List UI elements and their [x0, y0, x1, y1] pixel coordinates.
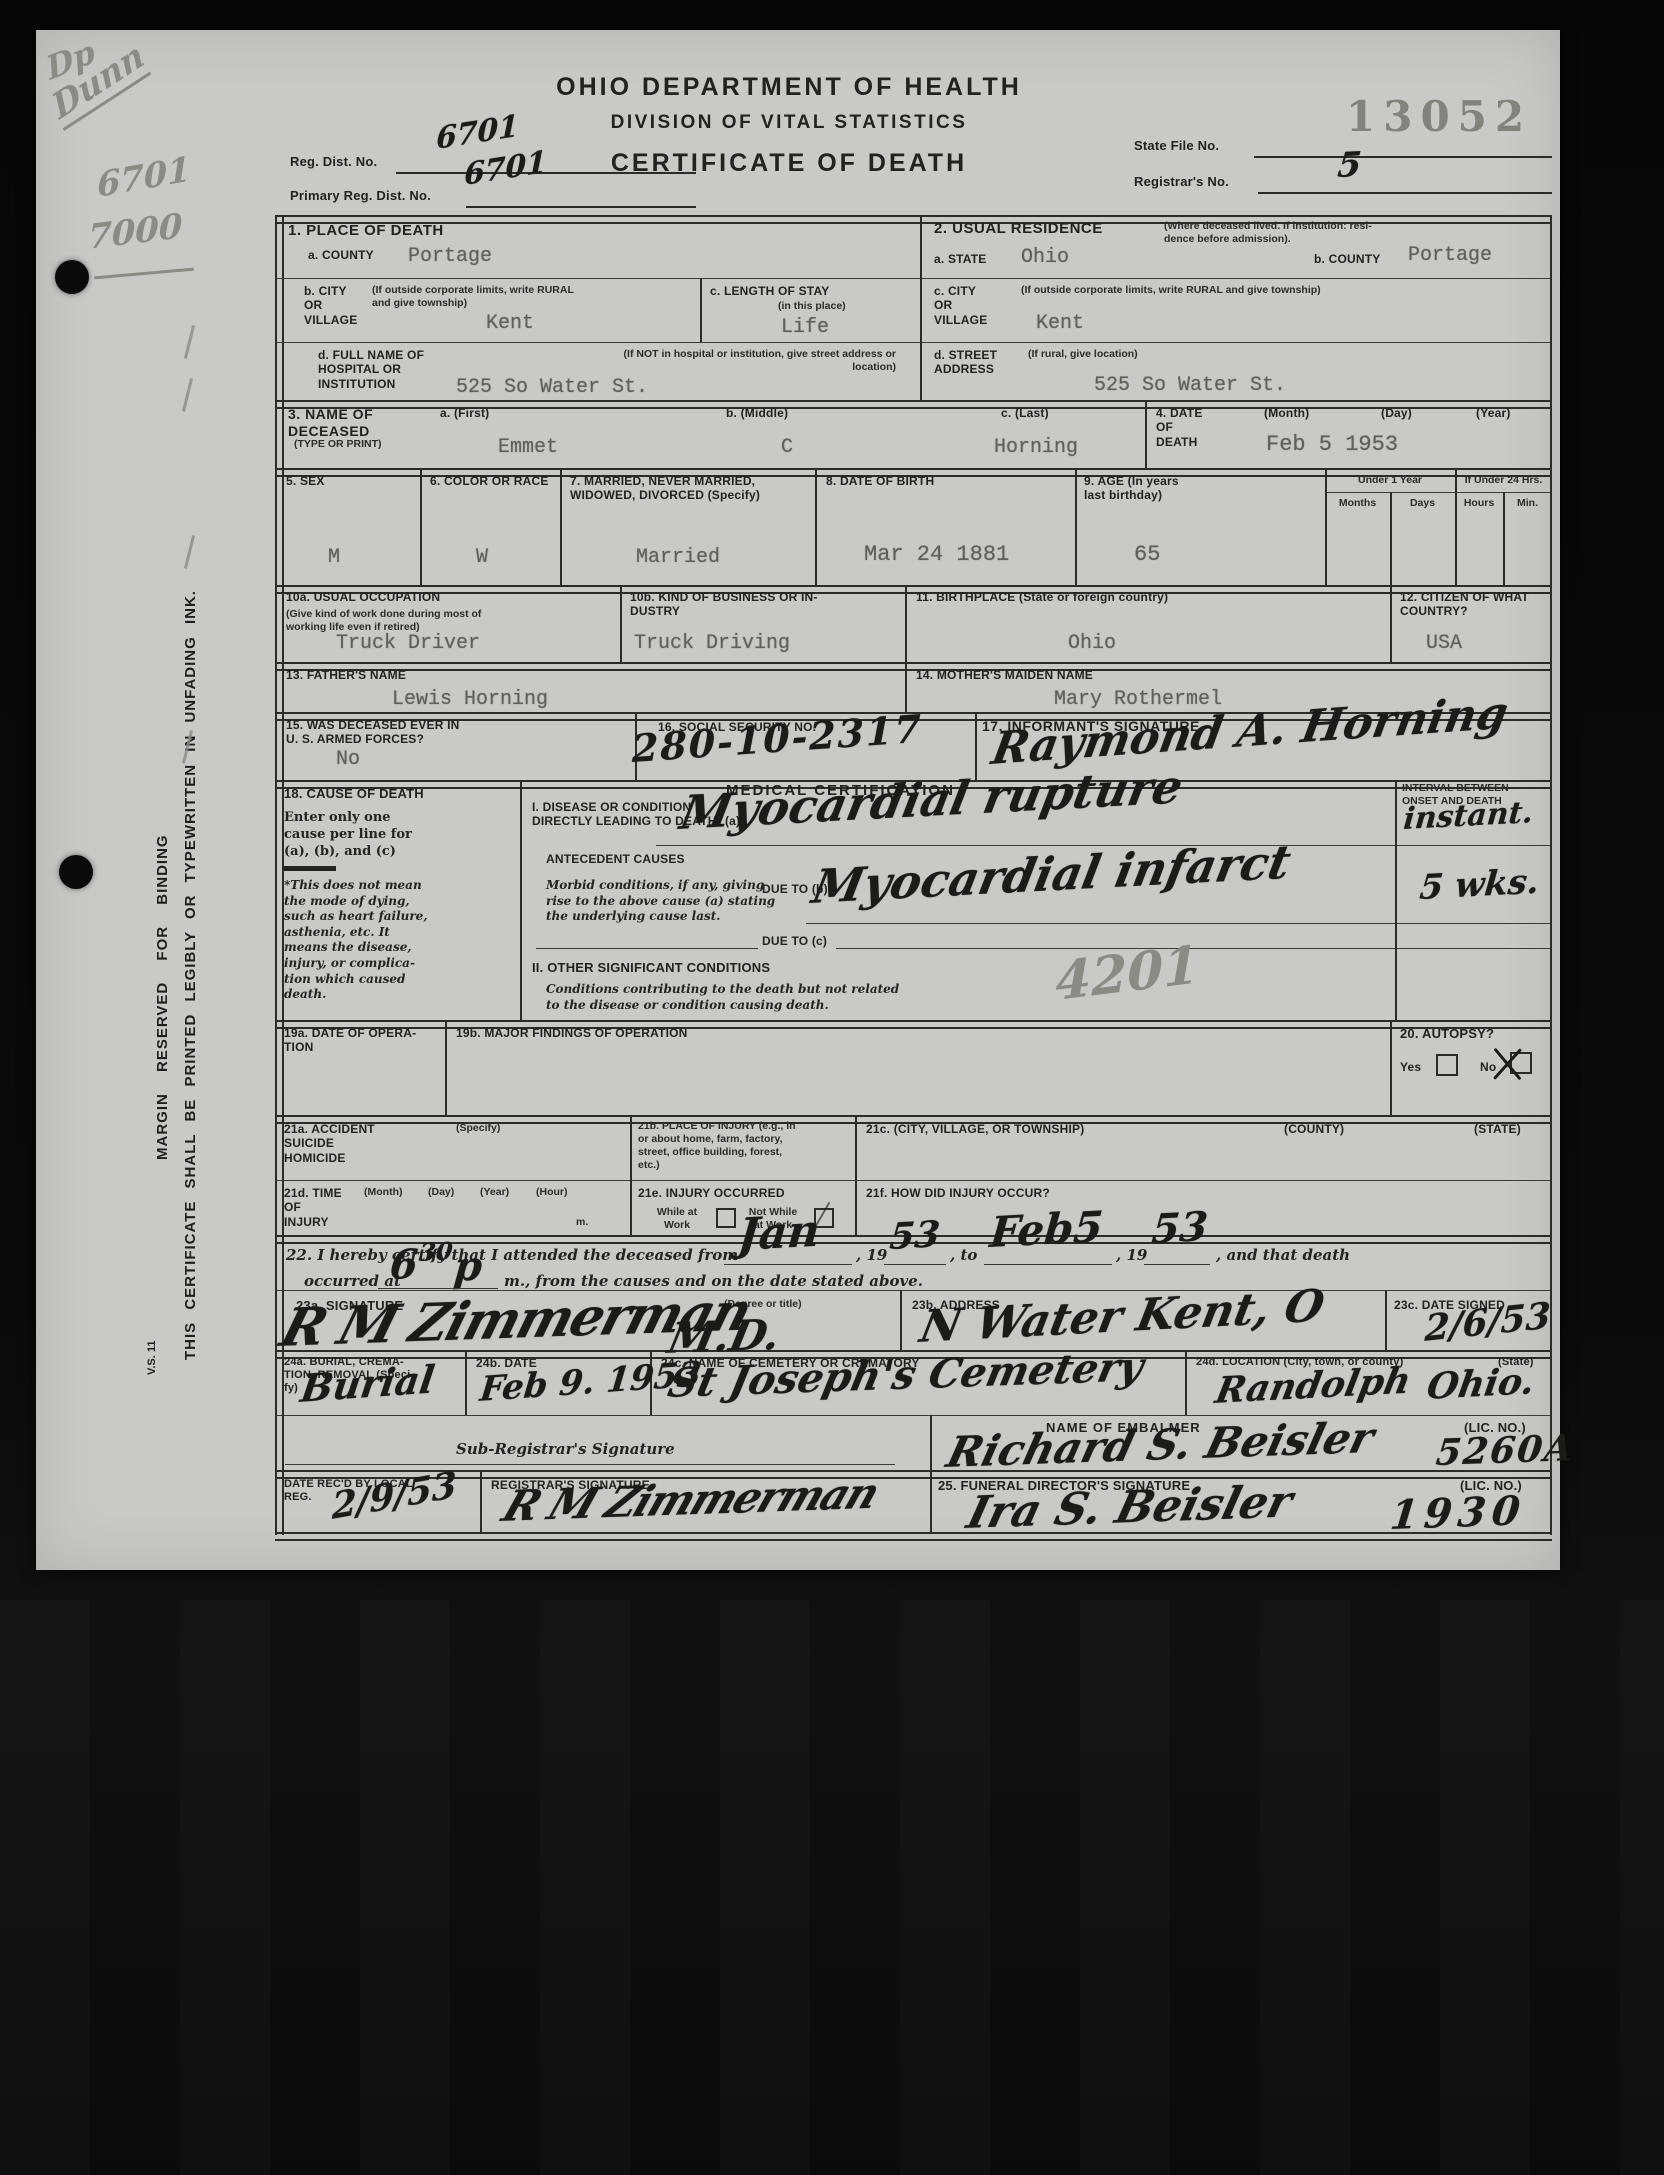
- stay-label: c. LENGTH OF STAY: [710, 284, 840, 298]
- pencil-underline: [94, 268, 194, 280]
- burial-value: Burial: [298, 1356, 437, 1411]
- how-injury-occurred-label: 21f. HOW DID INJURY OCCUR?: [866, 1186, 1050, 1200]
- cause-a-value: Myocardial rupture: [676, 759, 1187, 840]
- pencil-number-2: 7000: [88, 206, 183, 258]
- rule: [275, 585, 1552, 594]
- residence-county-value: Portage: [1408, 244, 1492, 267]
- divider: [900, 1290, 902, 1350]
- divider: [700, 278, 702, 342]
- cause-instructions: Enter only one cause per line for (a), (…: [284, 810, 412, 861]
- injury-county-label: (COUNTY): [1284, 1122, 1344, 1136]
- rule: [1325, 492, 1552, 493]
- cause-c-line: [536, 948, 758, 949]
- divider: [520, 780, 522, 1020]
- cause-of-death-title: 18. CAUSE OF DEATH: [284, 786, 424, 802]
- cause-footnote: *This does not mean the mode of dying, s…: [284, 878, 428, 1003]
- autopsy-no-label: No: [1480, 1060, 1496, 1074]
- injury-m-label: m.: [576, 1216, 588, 1229]
- divider: [1385, 1290, 1387, 1350]
- rule: [275, 1470, 1552, 1479]
- certify-text-5: , and that death: [1216, 1246, 1350, 1266]
- death-year-label: (Year): [1476, 406, 1511, 420]
- place-of-injury-label: 21b. PLACE OF INJURY (e.g., in or about …: [638, 1120, 853, 1173]
- date-of-death-title: 4. DATE OF DEATH: [1156, 406, 1203, 449]
- age-value: 65: [1134, 542, 1160, 567]
- injury-year-label: (Year): [480, 1186, 509, 1199]
- divider: [1075, 468, 1077, 585]
- residence-county-label: b. COUNTY: [1314, 252, 1380, 266]
- state-file-stamp: 13052: [1346, 92, 1532, 141]
- while-at-work-checkbox: [716, 1208, 736, 1228]
- middle-name-value: C: [781, 436, 793, 459]
- primary-reg-line: [466, 206, 696, 208]
- accident-label: 21a. ACCIDENT SUICIDE HOMICIDE: [284, 1122, 375, 1165]
- mother-value: Mary Rothermel: [1054, 688, 1222, 711]
- min-header: Min.: [1503, 497, 1552, 510]
- accident-specify: (Specify): [456, 1122, 500, 1135]
- date-of-death-value: Feb 5 1953: [1266, 432, 1398, 457]
- form-right-border: [1550, 215, 1552, 1535]
- stay-value: Life: [781, 316, 829, 339]
- divider: [1185, 1350, 1187, 1415]
- time-min-value: 30: [418, 1236, 454, 1267]
- residence-street-note: (If rural, give location): [1028, 348, 1138, 361]
- under-24hrs-header: If Under 24 Hrs.: [1455, 474, 1552, 487]
- marital-label: 7. MARRIED, NEVER MARRIED, WIDOWED, DIVO…: [570, 474, 820, 503]
- city-value: Kent: [486, 312, 534, 335]
- age-label: 9. AGE (In years last birthday): [1084, 474, 1179, 503]
- hours-header: Hours: [1455, 497, 1503, 510]
- blank-line: [724, 1264, 852, 1265]
- reg-dist-label: Reg. Dist. No.: [290, 154, 377, 170]
- divider: [930, 1415, 932, 1532]
- certificate-paper: MARGIN RESERVED FOR BINDING THIS CERTIFI…: [36, 30, 1560, 1570]
- injury-occurred-label: 21e. INJURY OCCURRED: [638, 1186, 785, 1200]
- morbid-note: Morbid conditions, if any, giving rise t…: [546, 878, 775, 925]
- registrar-no-label: Registrar's No.: [1134, 174, 1229, 190]
- time-suffix-value: p: [452, 1242, 484, 1291]
- margin-form-number: V.S. 11: [146, 1305, 158, 1375]
- registrar-no-line: [1258, 192, 1552, 194]
- divider: [465, 1350, 467, 1415]
- embalmer-name-value: Richard S. Beisler: [942, 1413, 1379, 1477]
- margin-unfading-text: THIS CERTIFICATE SHALL BE PRINTED LEGIBL…: [182, 200, 199, 1360]
- last-name-label: c. (Last): [1001, 406, 1049, 420]
- blank-line: [1144, 1264, 1210, 1265]
- middle-name-label: b. (Middle): [726, 406, 788, 420]
- birth-date-label: 8. DATE OF BIRTH: [826, 474, 934, 488]
- pencil-number-1: 6701: [97, 149, 192, 206]
- under-1-year-header: Under 1 Year: [1325, 474, 1455, 487]
- industry-label: 10b. KIND OF BUSINESS OR IN- DUSTRY: [630, 590, 818, 619]
- attended-to-value: Feb5: [988, 1202, 1105, 1257]
- divider: [630, 1115, 632, 1235]
- institution-value: 525 So Water St.: [456, 376, 648, 399]
- citizen-value: USA: [1426, 632, 1462, 655]
- city-label: b. CITY OR VILLAGE: [304, 284, 374, 327]
- county-value: Portage: [408, 245, 492, 268]
- rule: [275, 662, 1552, 671]
- divider: [445, 1020, 447, 1115]
- divider: [480, 1470, 482, 1532]
- death-day-label: (Day): [1381, 406, 1412, 420]
- antecedent-label: ANTECEDENT CAUSES: [546, 852, 685, 866]
- citizen-label: 12. CITIZEN OF WHAT COUNTRY?: [1400, 590, 1529, 619]
- state-file-label: State File No.: [1134, 138, 1219, 154]
- embalmer-lic-value: 5260A: [1434, 1427, 1576, 1474]
- operation-date-label: 19a. DATE OF OPERA- TION: [284, 1026, 416, 1055]
- injury-city-label: 21c. (CITY, VILLAGE, OR TOWNSHIP): [866, 1122, 1084, 1136]
- occupation-value: Truck Driver: [336, 632, 480, 655]
- residence-street-label: d. STREET ADDRESS: [934, 348, 997, 377]
- institution-note: (If NOT in hospital or institution, give…: [496, 348, 896, 374]
- while-at-work-label: While at Work: [644, 1206, 710, 1232]
- funeral-director-signature: Ira S. Beisler: [962, 1476, 1298, 1539]
- interval-a-value: instant.: [1402, 795, 1534, 837]
- industry-value: Truck Driving: [634, 632, 790, 655]
- divider: [1395, 780, 1397, 1020]
- certify-text-2: , 19: [856, 1246, 887, 1266]
- blank-line: [984, 1264, 1112, 1265]
- divider: [1145, 400, 1147, 468]
- usual-residence-title: 2. USUAL RESIDENCE: [934, 220, 1103, 238]
- sex-value: M: [328, 546, 340, 569]
- divider: [855, 1115, 857, 1235]
- marital-value: Married: [636, 546, 720, 569]
- residence-state-label: a. STATE: [934, 252, 987, 266]
- divider: [905, 662, 907, 712]
- primary-reg-label: Primary Reg. Dist. No.: [290, 188, 431, 204]
- scanned-death-certificate: MARGIN RESERVED FOR BINDING THIS CERTIFI…: [0, 0, 1664, 2175]
- blank-line: [378, 1288, 498, 1289]
- occupation-note: (Give kind of work done during most of w…: [286, 608, 616, 634]
- funeral-director-lic-value: 1930: [1388, 1487, 1528, 1539]
- divider: [620, 585, 622, 662]
- year-from-value: 53: [888, 1213, 942, 1258]
- other-conditions-label: II. OTHER SIGNIFICANT CONDITIONS: [532, 960, 770, 976]
- cause-b-line: [806, 923, 1552, 924]
- punch-hole-bottom: [59, 855, 93, 889]
- certify-text-3: , to: [950, 1246, 977, 1266]
- cause-code-pencil: 4201: [1055, 934, 1200, 1013]
- mother-label: 14. MOTHER'S MAIDEN NAME: [916, 668, 1093, 682]
- last-name-value: Horning: [994, 436, 1078, 459]
- divider: [1390, 585, 1392, 662]
- autopsy-yes-label: Yes: [1400, 1060, 1421, 1074]
- city-note: (If outside corporate limits, write RURA…: [372, 284, 682, 310]
- days-header: Days: [1390, 497, 1455, 510]
- margin-binding-text: MARGIN RESERVED FOR BINDING: [154, 400, 171, 1160]
- registrar-no-value: 5: [1336, 145, 1363, 186]
- rule: [275, 1532, 1552, 1541]
- autopsy-label: 20. AUTOPSY?: [1400, 1026, 1494, 1042]
- name-title: 3. NAME OF DECEASED: [288, 406, 373, 440]
- name-sub: (TYPE OR PRINT): [294, 438, 382, 451]
- birthplace-label: 11. BIRTHPLACE (State or foreign country…: [916, 590, 1168, 604]
- certify-text-4: , 19: [1116, 1246, 1147, 1266]
- occupation-label: 10a. USUAL OCCUPATION: [286, 590, 440, 604]
- sex-label: 5. SEX: [286, 474, 325, 488]
- stay-note: (in this place): [778, 300, 846, 313]
- usual-residence-note: (Where deceased lived. If institution: r…: [1164, 220, 1544, 246]
- residence-street-value: 525 So Water St.: [1094, 374, 1286, 397]
- autopsy-yes-checkbox: [1436, 1054, 1458, 1076]
- year-to-value: 53: [1150, 1203, 1210, 1253]
- residence-state-value: Ohio: [1021, 246, 1069, 269]
- rule: [275, 342, 1552, 343]
- death-month-label: (Month): [1264, 406, 1309, 420]
- first-name-label: a. (First): [440, 406, 489, 420]
- armed-forces-label: 15. WAS DECEASED EVER IN U. S. ARMED FOR…: [286, 718, 460, 747]
- rule: [275, 278, 1552, 279]
- due-to-c-label: DUE TO (c): [762, 934, 827, 948]
- certify-text-1: 22. I hereby certify that I attended the…: [286, 1246, 738, 1266]
- punch-hole-top: [55, 260, 89, 294]
- residence-city-label: c. CITY OR VILLAGE: [934, 284, 987, 327]
- father-label: 13. FATHER'S NAME: [286, 668, 406, 682]
- divider: [560, 468, 562, 585]
- blank-line: [884, 1264, 946, 1265]
- subregistrar-label: Sub-Registrar's Signature: [456, 1440, 675, 1460]
- burial-location-state-value: Ohio.: [1424, 1360, 1538, 1408]
- injury-state-label: (STATE): [1474, 1122, 1521, 1136]
- armed-forces-value: No: [336, 748, 360, 771]
- subregistrar-line: [285, 1464, 895, 1465]
- residence-city-value: Kent: [1036, 312, 1084, 335]
- county-label: a. COUNTY: [308, 248, 374, 262]
- other-conditions-note: Conditions contributing to the death but…: [546, 982, 899, 1013]
- place-of-death-title: 1. PLACE OF DEATH: [288, 222, 444, 240]
- attended-from-value: Jan: [736, 1205, 822, 1261]
- divider: [905, 585, 907, 662]
- divider: [920, 215, 922, 400]
- state-file-line: [1254, 156, 1552, 158]
- father-value: Lewis Horning: [392, 688, 548, 711]
- operation-findings-label: 19b. MAJOR FINDINGS OF OPERATION: [456, 1026, 688, 1040]
- injury-month-label: (Month): [364, 1186, 402, 1199]
- first-name-value: Emmet: [498, 436, 558, 459]
- interval-b-value: 5 wks.: [1418, 862, 1541, 908]
- injury-hour-label: (Hour): [536, 1186, 568, 1199]
- divider: [420, 468, 422, 585]
- injury-time-label: 21d. TIME OF INJURY: [284, 1186, 342, 1229]
- birthplace-value: Ohio: [1068, 632, 1116, 655]
- time-hour-value: 6: [388, 1240, 420, 1289]
- page-title: OHIO DEPARTMENT OF HEALTH: [389, 72, 1189, 102]
- residence-city-note: (If outside corporate limits, write RURA…: [1021, 284, 1541, 297]
- rule: [275, 1180, 1552, 1181]
- divider: [1390, 1020, 1392, 1115]
- institution-label: d. FULL NAME OF HOSPITAL OR INSTITUTION: [318, 348, 424, 391]
- sidebar-rule: [284, 866, 336, 871]
- months-header: Months: [1325, 497, 1390, 510]
- birth-date-value: Mar 24 1881: [864, 542, 1009, 567]
- race-value: W: [476, 546, 488, 569]
- race-label: 6. COLOR OR RACE: [430, 474, 549, 488]
- injury-day-label: (Day): [428, 1186, 454, 1199]
